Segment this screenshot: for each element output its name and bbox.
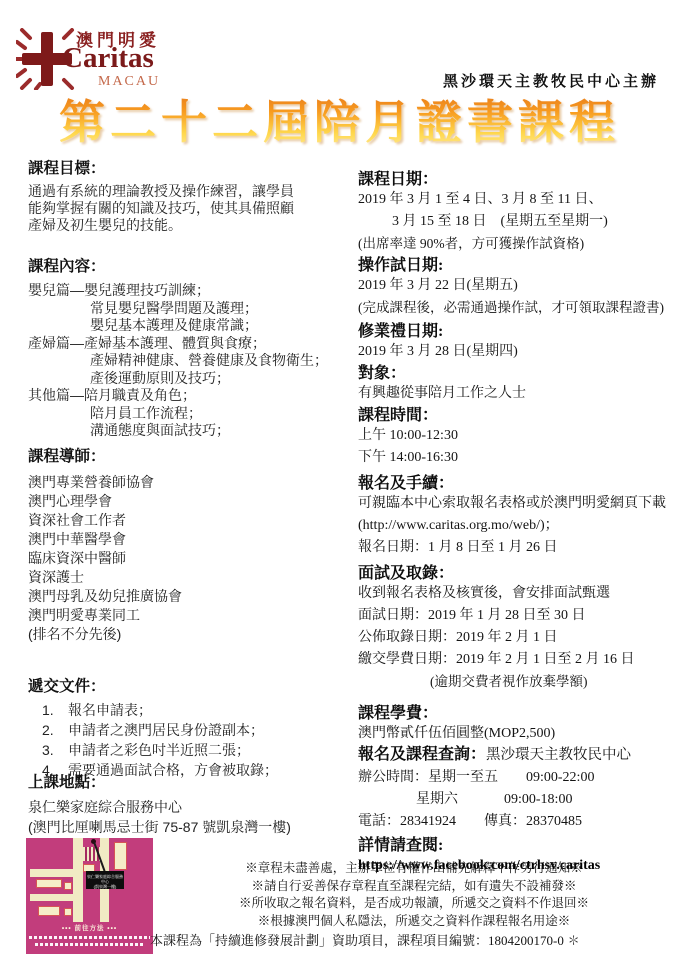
tutor-line: 澳門中華醫學會 [28, 530, 360, 549]
registration-line: 可親臨本中心索取報名表格或於澳門明愛網頁下載 [358, 493, 674, 515]
content-line: 溝通態度與面試技巧； [28, 422, 360, 440]
section-time: 課程時間： 上午 10:00-12:30 下午 14:00-16:30 [358, 402, 674, 469]
content-line: 陪月職責及角色； [84, 387, 196, 403]
content-group-label: 產婦篇— [28, 335, 84, 351]
objectives-line: 能夠掌握有關的知識及技巧，使其具備照顧 [28, 200, 360, 217]
map-road [73, 838, 83, 922]
section-enquiry: 報名及課程查詢：黑沙環天主教牧民中心 辦公時間：星期一至五09:00-22:00… [358, 744, 674, 833]
map-bus-info-line [29, 936, 150, 939]
registration-dates: 報名日期：1 月 8 日至 1 月 26 日 [358, 537, 674, 559]
section-practical-exam: 操作試日期: 2019 年 3 月 22 日(星期五) (完成課程後，必需通過操… [358, 252, 674, 318]
fee-payment-date: 繳交學費日期：2019 年 2 月 1 日至 2 月 16 日 [358, 649, 674, 671]
tutor-line: 澳門母乳及幼兒推廣協會 [28, 587, 360, 606]
location-map: 泉仁樂家庭綜合服務中心 (凱泉灣一樓) ••• 前往方法 ••• [26, 838, 153, 954]
documents-heading: 遞交文件： [28, 674, 360, 696]
footer-note: ※請自行妥善保存章程直至課程完結，如有遺失不設補發※ [150, 878, 678, 896]
document-item-number: 1. [28, 700, 68, 720]
content-group-label: 嬰兒篇— [28, 282, 84, 298]
document-item-text: 報名申請表； [68, 700, 152, 720]
fee-amount: 澳門幣貳仟伍佰圓整(MOP2,500) [358, 723, 674, 745]
content-group-label: 其他篇— [28, 387, 84, 403]
objectives-line: 產婦及初生嬰兒的技能。 [28, 217, 360, 234]
footer-notes: ※章程未盡善處，主辦單位有權作出補充解釋不作另行通知※ ※請自行妥善保存章程直至… [150, 860, 678, 950]
section-tutors: 課程導師： 澳門專業營養師協會 澳門心理學會 資深社會工作者 澳門中華醫學會 臨… [28, 444, 360, 644]
registration-heading: 報名及手續： [358, 470, 674, 493]
tutor-line: 臨床資深中醫師 [28, 549, 360, 568]
map-building [38, 906, 60, 916]
map-callout: 泉仁樂家庭綜合服務中心 (凱泉灣一樓) [86, 871, 124, 889]
map-bus-info-line [35, 943, 144, 946]
interview-date: 面試日期：2019 年 1 月 28 日至 30 日 [358, 605, 674, 627]
admission-announce-date: 公佈取錄日期：2019 年 2 月 1 日 [358, 627, 674, 649]
footer-note: ※章程未盡善處，主辦單位有權作出補充解釋不作另行通知※ [150, 860, 678, 878]
venue-address: (澳門比厘喇馬忌士街 75-87 號凱泉灣一樓) [28, 817, 360, 837]
document-item-number: 3. [28, 740, 68, 760]
time-heading: 課程時間： [358, 402, 674, 425]
funding-note: 本課程為「持續進修發展計劃」資助項目，課程項目編號：1804200170-0 ✽ [150, 932, 678, 950]
venue-heading: 上課地點： [28, 770, 360, 792]
content-line: 產後運動原則及技巧； [28, 370, 360, 388]
section-course-dates: 課程日期： 2019 年 3 月 1 至 4 日、3 月 8 至 11 日、 3… [358, 166, 674, 254]
registration-url[interactable]: (http://www.caritas.org.mo/web/)； [358, 515, 674, 537]
content-line: 產婦精神健康、營養健康及食物衛生； [28, 352, 360, 370]
time-afternoon: 下午 14:00-16:30 [358, 447, 674, 469]
map-building [64, 882, 72, 890]
practical-exam-heading: 操作試日期: [358, 252, 674, 275]
enquiry-centre: 黑沙環天主教牧民中心 [486, 747, 631, 763]
section-documents: 遞交文件： 1.報名申請表； 2.申請者之澳門居民身份證副本； 3.申請者之彩色… [28, 674, 360, 780]
course-title: 第二十二屆陪月證書課程 [0, 86, 679, 152]
interview-heading: 面試及取錄： [358, 560, 674, 583]
office-hours-saturday: 星期六 [416, 792, 458, 807]
content-line: 嬰兒護理技巧訓練； [84, 282, 210, 298]
map-building [64, 908, 72, 916]
section-registration: 報名及手續： 可親臨本中心索取報名表格或於澳門明愛網頁下載 (http://ww… [358, 470, 674, 559]
office-hours-weekday: 辦公時間：星期一至五 [358, 770, 498, 785]
enquiry-heading: 報名及課程查詢： [358, 746, 486, 763]
section-objectives: 課程目標： 通過有系統的理論教授及操作練習，讓學員 能夠掌握有關的知識及技巧，使… [28, 156, 360, 234]
document-item: 2.申請者之澳門居民身份證副本； [28, 720, 360, 740]
section-content: 課程內容： 嬰兒篇—嬰兒護理技巧訓練； 常見嬰兒醫學問題及護理； 嬰兒基本護理及… [28, 254, 360, 440]
document-item: 1.報名申請表； [28, 700, 360, 720]
content-heading: 課程內容： [28, 254, 360, 276]
course-dates-line: 2019 年 3 月 1 至 4 日、3 月 8 至 11 日、 [358, 189, 674, 211]
phone-number: 電話：28341924 [358, 814, 456, 829]
fax-number: 傳真：28370485 [484, 814, 582, 829]
attendance-note: (出席率達 90%者，方可獲操作試資格) [358, 233, 674, 254]
content-line: 產婦基本護理、體質與食療； [84, 335, 266, 351]
map-road [30, 869, 74, 877]
practical-exam-note: (完成課程後，必需通過操作試，才可領取課程證書) [358, 297, 674, 318]
office-hours-weekday-time: 09:00-22:00 [526, 770, 594, 785]
footer-note: ※所收取之報名資料，是否成功報讀，所遞交之資料不作退回※ [150, 895, 678, 913]
content-line: 嬰兒基本護理及健康常識； [28, 317, 360, 335]
office-hours-saturday-time: 09:00-18:00 [504, 792, 572, 807]
logo-wordmark: Caritas [62, 42, 154, 75]
map-building [114, 842, 127, 870]
graduation-heading: 修業禮日期: [358, 318, 674, 341]
late-payment-note: (逾期交費者視作放棄學額) [358, 671, 674, 692]
tutor-line: 澳門明愛專業同工 [28, 606, 360, 625]
tutor-line: 資深社會工作者 [28, 511, 360, 530]
interview-line: 收到報名表格及核實後，會安排面試甄選 [358, 583, 674, 605]
course-dates-line: 3 月 15 至 18 日 (星期五至星期一) [358, 211, 674, 233]
course-dates-heading: 課程日期： [358, 166, 674, 189]
time-morning: 上午 10:00-12:30 [358, 425, 674, 447]
document-item-text: 申請者之彩色吋半近照二張； [68, 740, 250, 760]
footer-note: ※根據澳門個人私隱法，所遞交之資料作課程報名用途※ [150, 913, 678, 931]
practical-exam-date: 2019 年 3 月 22 日(星期五) [358, 275, 674, 297]
details-heading: 詳情請查閱: [358, 832, 674, 855]
map-callout-line2: (凱泉灣一樓) [86, 884, 124, 889]
tutors-heading: 課程導師： [28, 444, 360, 466]
section-fee: 課程學費： 澳門幣貳仟伍佰圓整(MOP2,500) [358, 700, 674, 745]
map-callout-line1: 泉仁樂家庭綜合服務中心 [86, 874, 124, 884]
section-target: 對象： 有興趣從事陪月工作之人士 [358, 360, 674, 405]
objectives-line: 通過有系統的理論教授及操作練習，讓學員 [28, 183, 360, 200]
document-item: 3.申請者之彩色吋半近照二張； [28, 740, 360, 760]
map-building [36, 879, 62, 888]
tutor-line: 澳門心理學會 [28, 492, 360, 511]
target-heading: 對象： [358, 360, 674, 383]
flyer-page: 澳門明愛 Caritas MACAU 黑沙環天主教牧民中心主辦 第二十二屆陪月證… [0, 0, 679, 960]
content-line: 陪月員工作流程； [28, 405, 360, 423]
objectives-heading: 課程目標： [28, 156, 360, 178]
map-legend: ••• 前往方法 ••• [26, 923, 153, 932]
content-line: 常見嬰兒醫學問題及護理； [28, 300, 360, 318]
fee-heading: 課程學費： [358, 700, 674, 723]
section-venue: 上課地點： 泉仁樂家庭綜合服務中心 (澳門比厘喇馬忌士街 75-87 號凱泉灣一… [28, 770, 360, 837]
document-item-number: 2. [28, 720, 68, 740]
tutor-line: 澳門專業營養師協會 [28, 473, 360, 492]
section-graduation: 修業禮日期: 2019 年 3 月 28 日(星期四) [358, 318, 674, 363]
tutors-ranking-note: (排名不分先後) [28, 625, 360, 644]
tutor-line: 資深護士 [28, 568, 360, 587]
section-interview: 面試及取錄： 收到報名表格及核實後，會安排面試甄選 面試日期：2019 年 1 … [358, 560, 674, 692]
map-road [30, 894, 74, 901]
document-item-text: 申請者之澳門居民身份證副本； [68, 720, 264, 740]
venue-name: 泉仁樂家庭綜合服務中心 [28, 797, 360, 817]
